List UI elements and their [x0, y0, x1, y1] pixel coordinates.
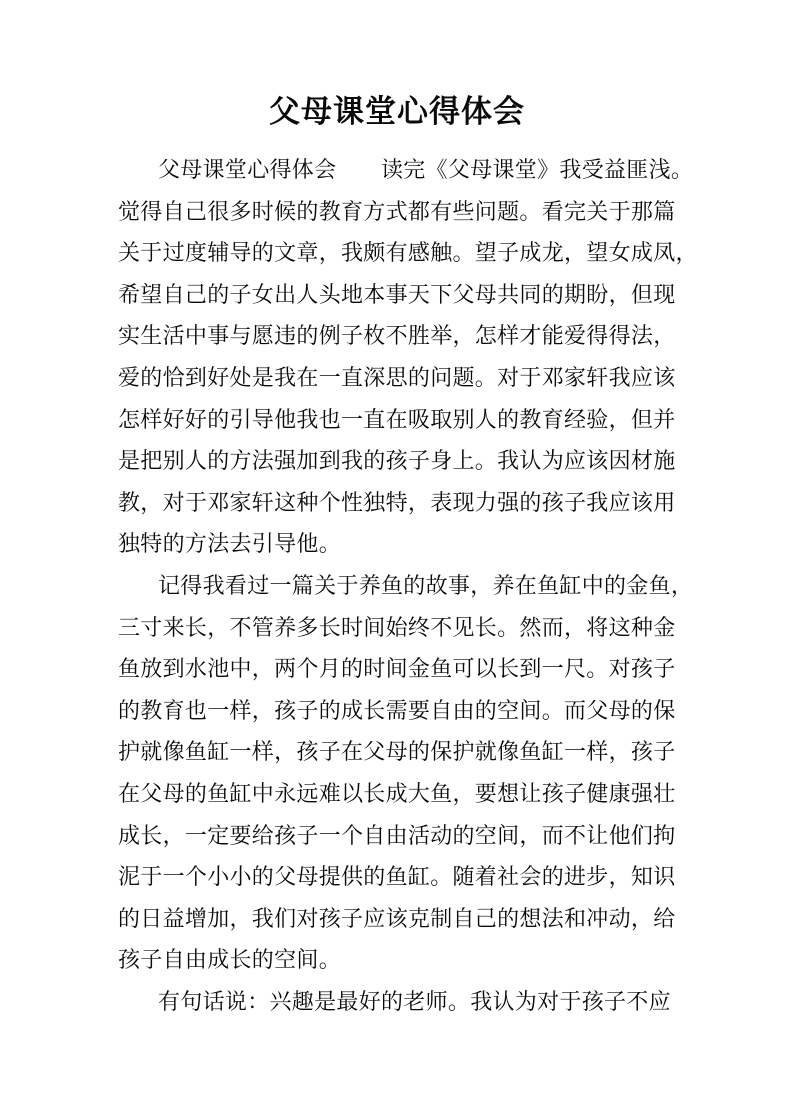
text-line: 泥于一个小小的父母提供的鱼缸。随着社会的进步，知识: [118, 856, 676, 898]
text-line: 护就像鱼缸一样，孩子在父母的保护就像鱼缸一样，孩子: [118, 731, 676, 773]
text-line: 父母课堂心得体会 读完《父母课堂》我受益匪浅。: [118, 149, 676, 191]
text-line: 实生活中事与愿违的例子枚不胜举，怎样才能爱得得法，: [118, 315, 676, 357]
text-line: 的日益增加，我们对孩子应该克制自己的想法和冲动，给: [118, 898, 676, 940]
text-line: 教，对于邓家轩这种个性独特，表现力强的孩子我应该用: [118, 482, 676, 524]
paragraph-1: 父母课堂心得体会 读完《父母课堂》我受益匪浅。 觉得自己很多时候的教育方式都有些…: [118, 149, 676, 565]
paragraph-3: 有句话说：兴趣是最好的老师。我认为对于孩子不应: [118, 981, 676, 1023]
text-line: 有句话说：兴趣是最好的老师。我认为对于孩子不应: [118, 981, 676, 1023]
text-line: 爱的恰到好处是我在一直深思的问题。对于邓家轩我应该: [118, 357, 676, 399]
text-line: 成长，一定要给孩子一个自由活动的空间，而不让他们拘: [118, 815, 676, 857]
document-content: 父母课堂心得体会 父母课堂心得体会 读完《父母课堂》我受益匪浅。 觉得自己很多时…: [118, 90, 676, 1022]
text-line: 孩子自由成长的空间。: [118, 939, 676, 981]
text-line: 是把别人的方法强加到我的孩子身上。我认为应该因材施: [118, 440, 676, 482]
text-line: 鱼放到水池中，两个月的时间金鱼可以长到一尺。对孩子: [118, 648, 676, 690]
text-line: 在父母的鱼缸中永远难以长成大鱼，要想让孩子健康强壮: [118, 773, 676, 815]
text-line: 关于过度辅导的文章，我颇有感触。望子成龙，望女成凤，: [118, 232, 676, 274]
text-line: 独特的方法去引导他。: [118, 523, 676, 565]
text-line: 怎样好好的引导他我也一直在吸取别人的教育经验，但并: [118, 399, 676, 441]
document-title: 父母课堂心得体会: [118, 90, 676, 134]
text-line: 记得我看过一篇关于养鱼的故事，养在鱼缸中的金鱼，: [118, 565, 676, 607]
document-page: 父母课堂心得体会 父母课堂心得体会 读完《父母课堂》我受益匪浅。 觉得自己很多时…: [0, 0, 792, 1120]
text-line: 希望自己的子女出人头地本事天下父母共同的期盼，但现: [118, 274, 676, 316]
text-line: 三寸来长，不管养多长时间始终不见长。然而，将这种金: [118, 607, 676, 649]
paragraph-2: 记得我看过一篇关于养鱼的故事，养在鱼缸中的金鱼， 三寸来长，不管养多长时间始终不…: [118, 565, 676, 981]
text-line: 的教育也一样，孩子的成长需要自由的空间。而父母的保: [118, 690, 676, 732]
text-line: 觉得自己很多时候的教育方式都有些问题。看完关于那篇: [118, 191, 676, 233]
